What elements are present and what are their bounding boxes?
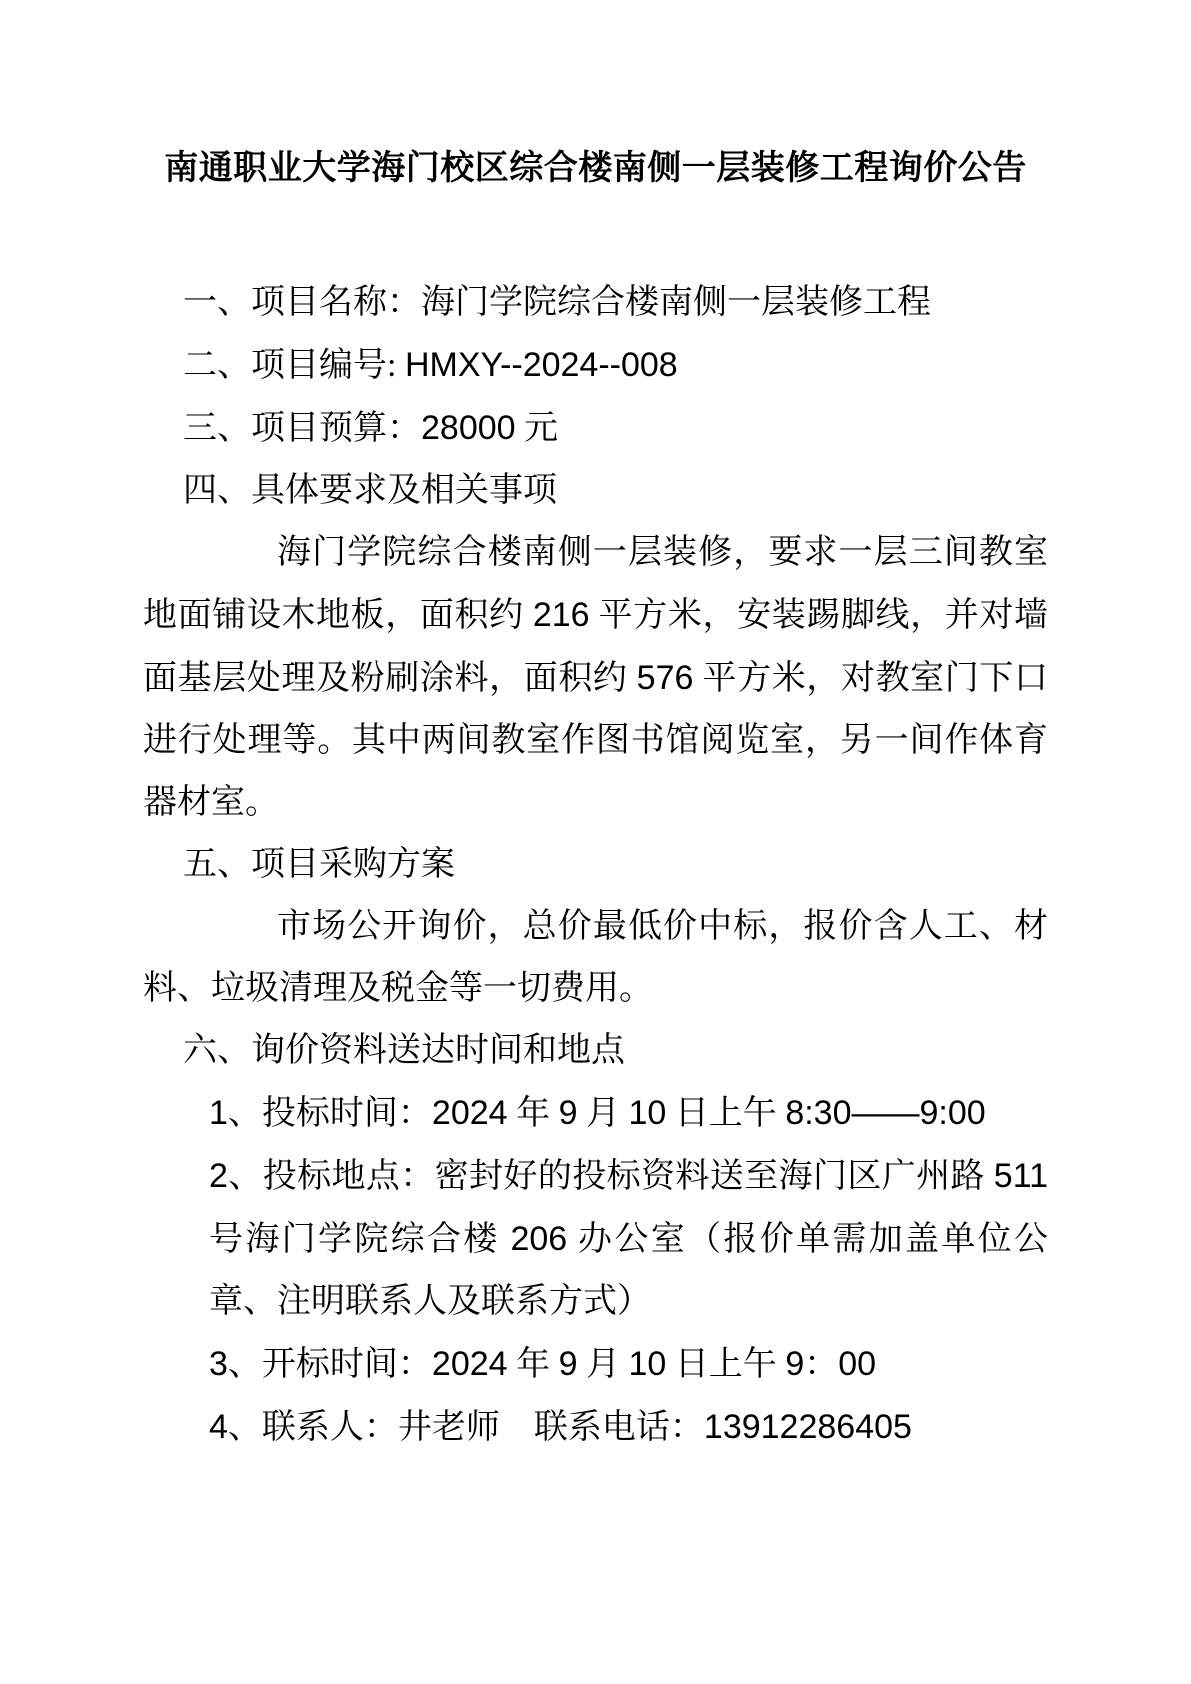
document-title: 南通职业大学海门校区综合楼南侧一层装修工程询价公告	[143, 138, 1048, 200]
sub-item: 2、投标地点：密封好的投标资料送至海门区广州路 511 号海门学院综合楼 206…	[143, 1145, 1048, 1333]
latin-text: 10	[628, 1345, 666, 1383]
body-paragraph: 海门学院综合楼南侧一层装修，要求一层三间教室地面铺设木地板，面积约 216 平方…	[143, 522, 1048, 834]
sub-item: 1、投标时间：2024 年 9 月 10 日上午 8:30——9:00	[143, 1082, 1048, 1145]
latin-text: 216	[533, 596, 590, 634]
latin-text: 511	[994, 1157, 1048, 1195]
section-item: 三、项目预算：28000 元	[143, 397, 1048, 460]
latin-text: HMXY--2024--008	[405, 346, 678, 384]
latin-text: 1	[209, 1094, 228, 1132]
latin-text: 00	[838, 1345, 876, 1383]
document-body: 一、项目名称：海门学院综合楼南侧一层装修工程二、项目编号: HMXY--2024…	[143, 272, 1048, 1459]
section-item: 四、具体要求及相关事项	[143, 460, 1048, 522]
section-item: 二、项目编号: HMXY--2024--008	[143, 334, 1048, 397]
latin-text: 10	[628, 1094, 666, 1132]
document-page: 南通职业大学海门校区综合楼南侧一层装修工程询价公告 一、项目名称：海门学院综合楼…	[0, 0, 1191, 1684]
latin-text: 28000	[421, 409, 516, 447]
latin-text: 8:30——9:00	[785, 1094, 985, 1132]
sub-item: 4、联系人：井老师 联系电话：13912286405	[143, 1396, 1048, 1459]
latin-text: 3	[209, 1345, 228, 1383]
latin-text: 9	[559, 1345, 578, 1383]
latin-text: 576	[637, 659, 694, 697]
latin-text: 4	[209, 1408, 228, 1446]
body-paragraph: 市场公开询价，总价最低价中标，报价含人工、材料、垃圾清理及税金等一切费用。	[143, 896, 1048, 1020]
latin-text: 2024	[432, 1345, 508, 1383]
latin-text: 2	[209, 1157, 228, 1195]
latin-text: 2024	[432, 1094, 508, 1132]
latin-text: 13912286405	[704, 1408, 912, 1446]
section-item: 六、询价资料送达时间和地点	[143, 1020, 1048, 1082]
section-item: 一、项目名称：海门学院综合楼南侧一层装修工程	[143, 272, 1048, 334]
latin-text: 9	[559, 1094, 578, 1132]
section-item: 五、项目采购方案	[143, 834, 1048, 896]
latin-text: 206	[510, 1220, 567, 1258]
sub-item: 3、开标时间：2024 年 9 月 10 日上午 9：00	[143, 1333, 1048, 1396]
latin-text: 9	[785, 1345, 804, 1383]
